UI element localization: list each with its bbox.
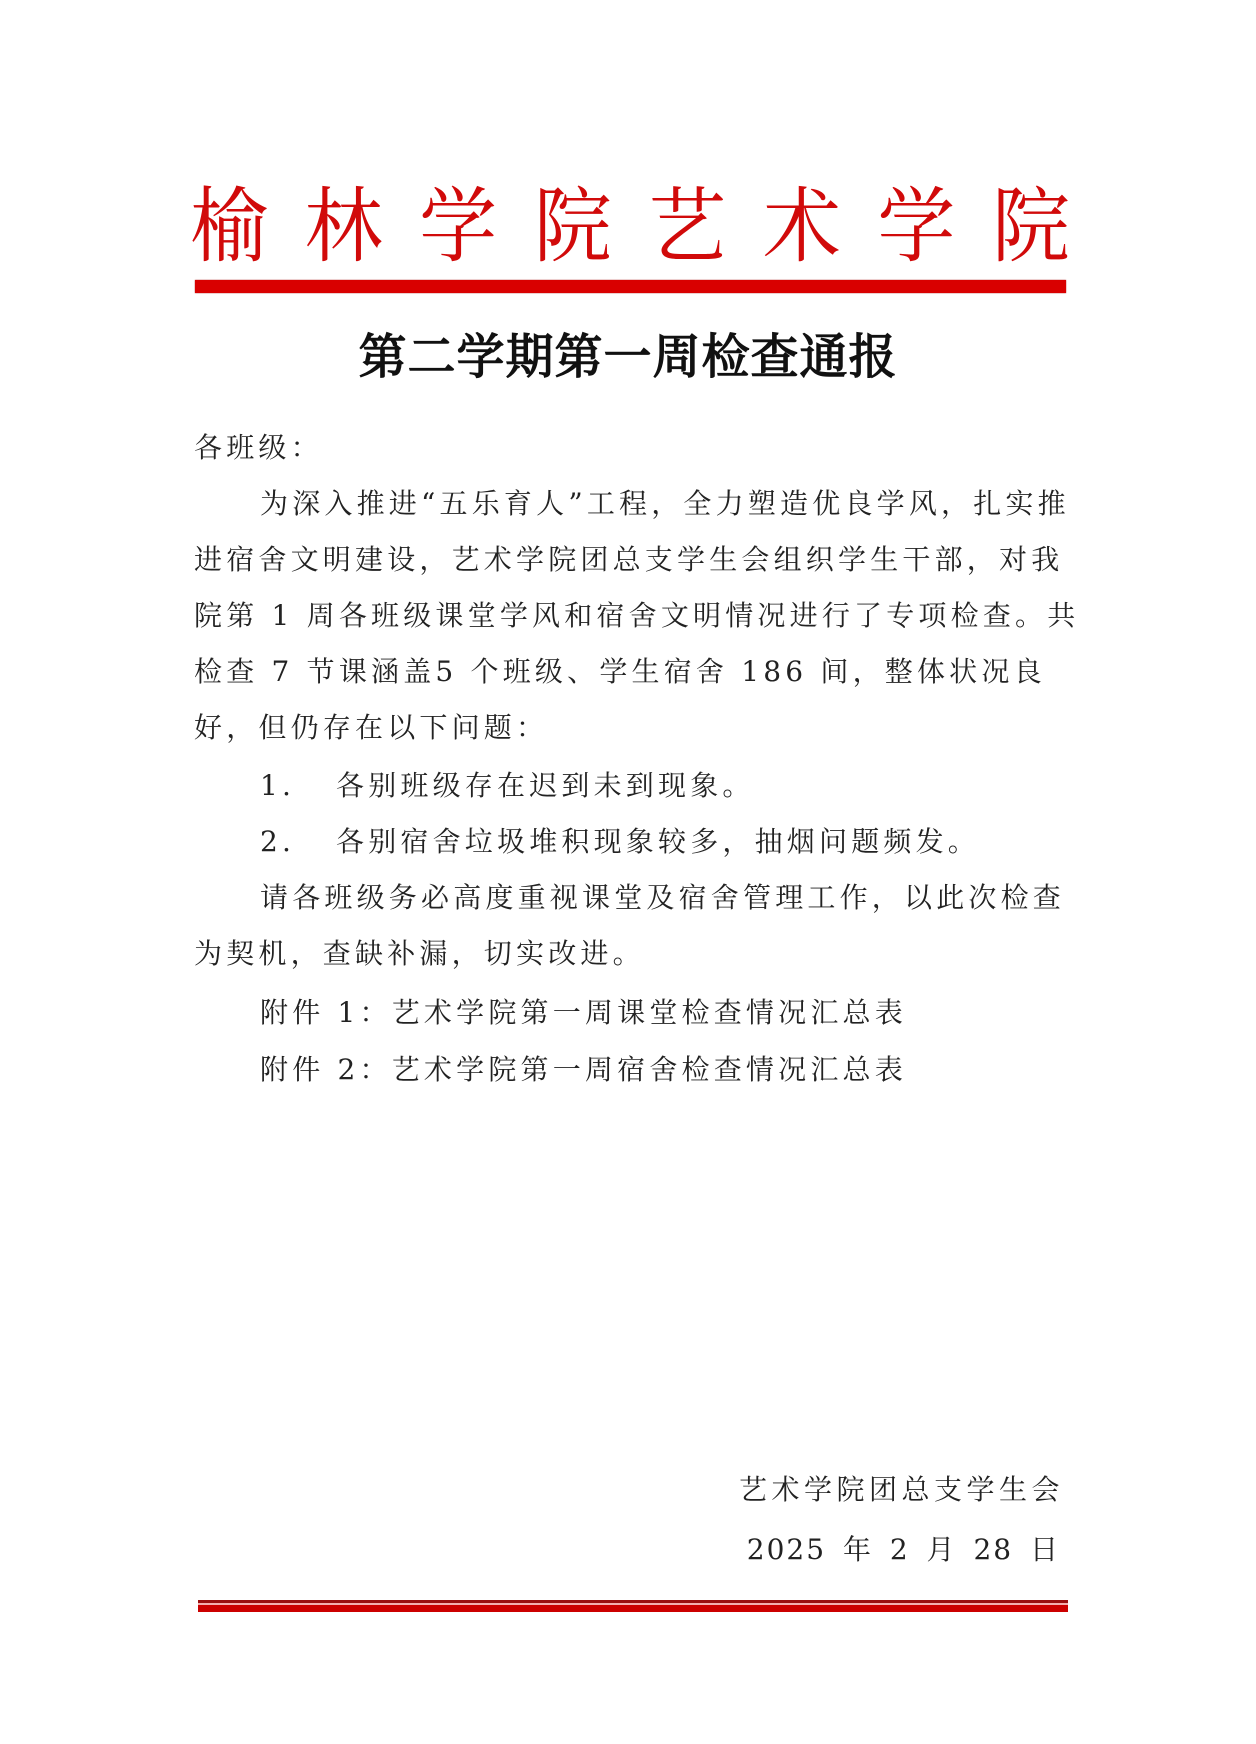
header-char: 学 [419,161,497,279]
header-char: 艺 [648,161,726,279]
organization-header: 榆 林 学 院 艺 术 学 院 [190,170,1070,270]
header-char: 学 [877,161,955,279]
document-body: 各班级： 为深入推进“五乐育人”工程，全力塑造优良学风，扎实推进宿舍文明建设，艺… [194,420,1094,1096]
issue-date: 2025 年 2 月 28 日 [747,1528,1060,1568]
issues-list: 1. 各别班级存在迟到未到现象。 2. 各别宿舍垃圾堆积现象较多，抽烟问题频发。 [194,758,1094,870]
header-char: 院 [992,161,1070,279]
attachment-2: 附件 2：艺术学院第一周宿舍检查情况汇总表 [194,1044,1094,1096]
document-title: 第二学期第一周检查通报 [0,318,1256,387]
header-divider [195,280,1066,293]
request-paragraph: 请各班级务必高度重视课堂及宿舍管理工作，以此次检查为契机，查缺补漏，切实改进。 [194,870,1094,982]
signature: 艺术学院团总支学生会 [739,1468,1064,1508]
issue-number: 1. [260,758,336,814]
footer-divider [198,1600,1068,1612]
salutation: 各班级： [194,420,1094,476]
issue-item: 2. 各别宿舍垃圾堆积现象较多，抽烟问题频发。 [194,814,1094,870]
footer-divider-thick [198,1605,1068,1612]
issue-number: 2. [260,814,336,870]
issue-text: 各别班级存在迟到未到现象。 [336,758,755,814]
header-char: 林 [305,161,383,279]
issue-item: 1. 各别班级存在迟到未到现象。 [194,758,1094,814]
header-char: 院 [534,161,612,279]
intro-paragraph: 为深入推进“五乐育人”工程，全力塑造优良学风，扎实推进宿舍文明建设，艺术学院团总… [194,476,1094,756]
header-char: 榆 [190,161,268,279]
header-char: 术 [763,161,841,279]
issue-text: 各别宿舍垃圾堆积现象较多，抽烟问题频发。 [336,814,980,870]
attachment-1: 附件 1：艺术学院第一周课堂检查情况汇总表 [194,982,1094,1044]
